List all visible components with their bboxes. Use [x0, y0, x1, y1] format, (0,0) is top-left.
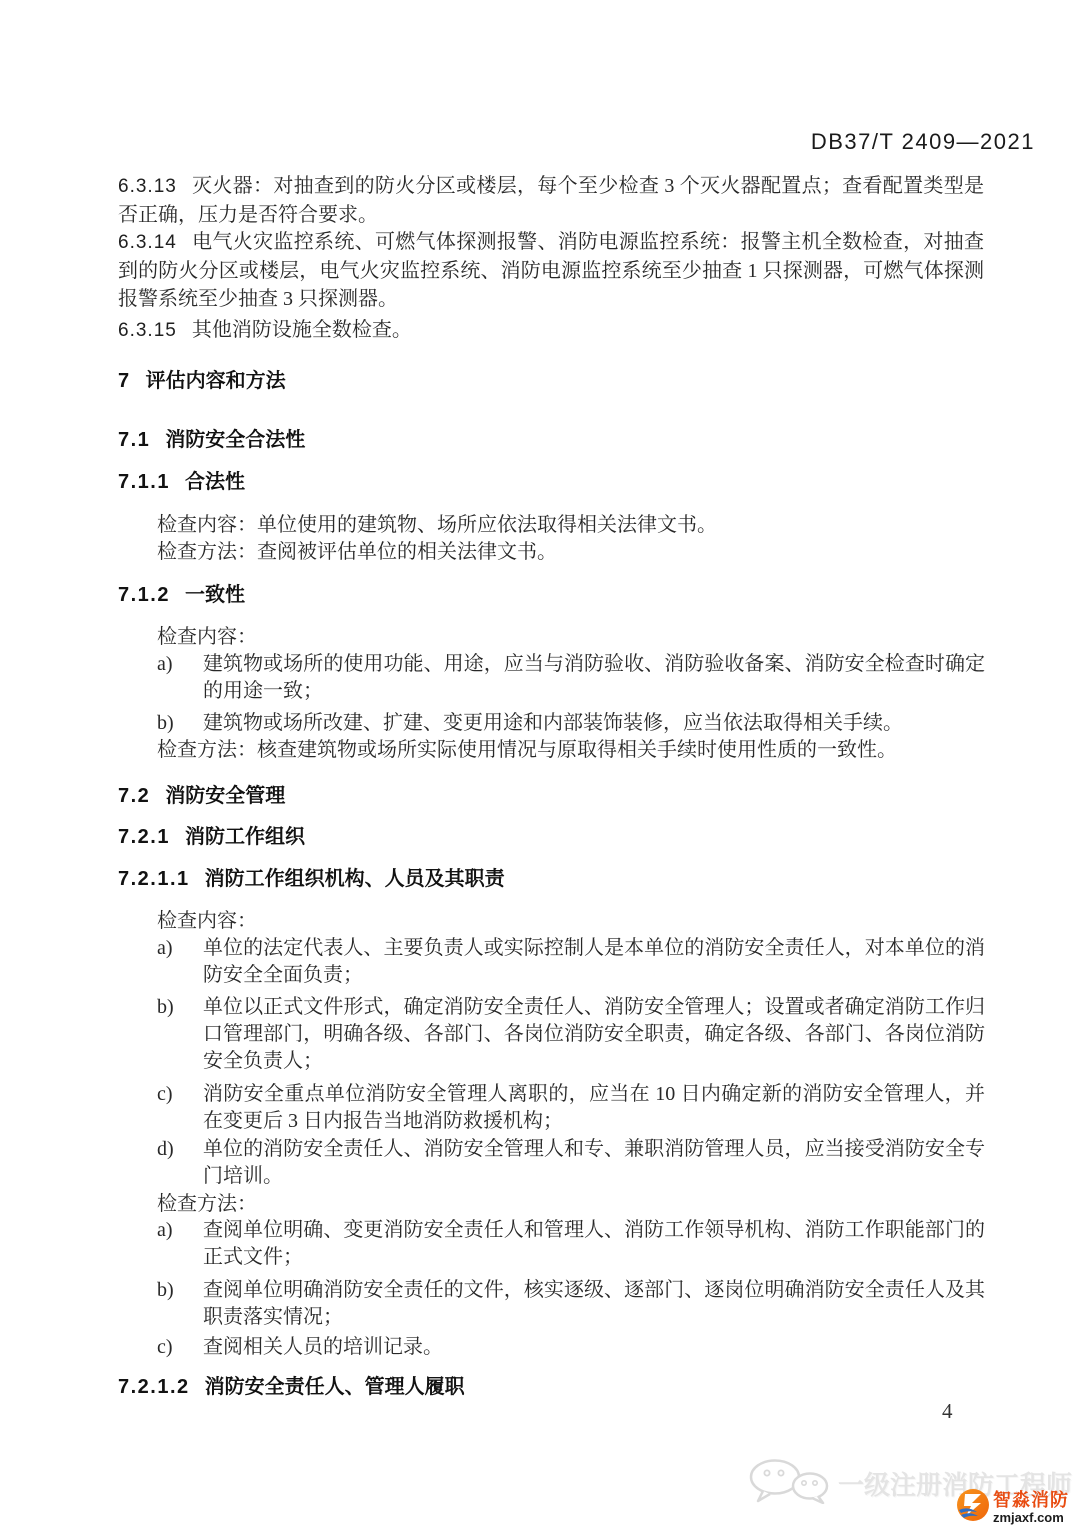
list-marker: a): [157, 651, 203, 705]
heading-title: 消防安全管理: [165, 785, 285, 807]
heading-number: 7.2.1.1: [118, 868, 190, 890]
heading-title: 消防工作组织: [185, 826, 305, 848]
check-content-label: 检查内容：: [157, 624, 985, 651]
zhimiao-logo-icon: [957, 1489, 989, 1526]
clause-number: 6.3.13: [118, 176, 177, 197]
heading-7: 7评估内容和方法: [118, 368, 984, 394]
list-text: 查阅单位明确、变更消防安全责任人和管理人、消防工作领导机构、消防工作职能部门的正…: [203, 1217, 985, 1271]
heading-7-2-1: 7.2.1消防工作组织: [118, 824, 984, 850]
clause-number: 6.3.15: [118, 320, 177, 341]
list-marker: c): [157, 1334, 203, 1361]
clause-text: 电气火灾监控系统、可燃气体探测报警、消防电源监控系统：报警主机全数检查，对抽查到…: [118, 231, 984, 310]
heading-7-1-2: 7.1.2一致性: [118, 582, 984, 608]
list-text: 查阅单位明确消防安全责任的文件，核实逐级、逐部门、逐岗位明确消防安全责任人及其职…: [203, 1277, 985, 1331]
list-item: a)单位的法定代表人、主要负责人或实际控制人是本单位的消防安全责任人，对本单位的…: [157, 935, 985, 989]
list-item: b)单位以正式文件形式，确定消防安全责任人、消防安全管理人；设置或者确定消防工作…: [157, 994, 985, 1075]
list-text: 单位以正式文件形式，确定消防安全责任人、消防安全管理人；设置或者确定消防工作归口…: [203, 994, 985, 1075]
list-marker: d): [157, 1136, 203, 1190]
heading-7-1-1: 7.1.1合法性: [118, 469, 984, 495]
list-text: 消防安全重点单位消防安全管理人离职的，应当在 10 日内确定新的消防安全管理人，…: [203, 1081, 985, 1135]
list-marker: c): [157, 1081, 203, 1135]
heading-title: 评估内容和方法: [146, 370, 286, 392]
check-method-label: 检查方法：: [157, 1191, 985, 1218]
heading-title: 一致性: [185, 584, 245, 606]
wechat-icon: [748, 1458, 830, 1509]
clause-number: 6.3.14: [118, 232, 177, 253]
list-marker: b): [157, 710, 203, 737]
list-text: 单位的消防安全责任人、消防安全管理人和专、兼职消防管理人员，应当接受消防安全专门…: [203, 1136, 985, 1190]
list-text: 建筑物或场所的使用功能、用途，应当与消防验收、消防验收备案、消防安全检查时确定的…: [203, 651, 985, 705]
list-marker: a): [157, 935, 203, 989]
clause-6-3-13: 6.3.13灭火器：对抽查到的防火分区或楼层，每个至少检查 3 个灭火器配置点；…: [118, 172, 984, 229]
clause-6-3-15: 6.3.15其他消防设施全数检查。: [118, 316, 984, 345]
heading-title: 消防安全责任人、管理人履职: [205, 1376, 465, 1398]
heading-title: 消防工作组织机构、人员及其职责: [205, 868, 505, 890]
heading-title: 消防安全合法性: [165, 429, 305, 451]
clause-6-3-14: 6.3.14电气火灾监控系统、可燃气体探测报警、消防电源监控系统：报警主机全数检…: [118, 228, 984, 313]
heading-7-2-1-1: 7.2.1.1消防工作组织机构、人员及其职责: [118, 866, 984, 892]
list-item: a)建筑物或场所的使用功能、用途，应当与消防验收、消防验收备案、消防安全检查时确…: [157, 651, 985, 705]
document-page: DB37/T 2409—2021 6.3.13灭火器：对抽查到的防火分区或楼层，…: [0, 0, 1080, 1528]
list-item: a)查阅单位明确、变更消防安全责任人和管理人、消防工作领导机构、消防工作职能部门…: [157, 1217, 985, 1271]
heading-number: 7.1.1: [118, 471, 170, 493]
heading-number: 7: [118, 370, 131, 392]
check-content-label: 检查内容：: [157, 908, 985, 935]
logo-brand-text: 智淼消防: [993, 1491, 1069, 1510]
check-method-paragraph: 检查方法：核查建筑物或场所实际使用情况与原取得相关手续时使用性质的一致性。: [157, 737, 985, 764]
list-item: c)消防安全重点单位消防安全管理人离职的，应当在 10 日内确定新的消防安全管理…: [157, 1081, 985, 1135]
list-text: 建筑物或场所改建、扩建、变更用途和内部装饰装修，应当依法取得相关手续。: [203, 710, 985, 737]
heading-number: 7.2.1.2: [118, 1376, 190, 1398]
list-marker: b): [157, 994, 203, 1075]
list-item: d)单位的消防安全责任人、消防安全管理人和专、兼职消防管理人员，应当接受消防安全…: [157, 1136, 985, 1190]
list-marker: a): [157, 1217, 203, 1271]
check-method-paragraph: 检查方法：查阅被评估单位的相关法律文书。: [157, 539, 985, 566]
list-item: c)查阅相关人员的培训记录。: [157, 1334, 985, 1361]
list-marker: b): [157, 1277, 203, 1331]
heading-number: 7.1: [118, 429, 150, 451]
clause-text: 其他消防设施全数检查。: [192, 319, 412, 341]
clause-text: 灭火器：对抽查到的防火分区或楼层，每个至少检查 3 个灭火器配置点；查看配置类型…: [118, 175, 984, 226]
list-item: b)建筑物或场所改建、扩建、变更用途和内部装饰装修，应当依法取得相关手续。: [157, 710, 985, 737]
heading-number: 7.1.2: [118, 584, 170, 606]
heading-7-2: 7.2消防安全管理: [118, 783, 984, 809]
logo-site-text: zmjaxf.com: [993, 1510, 1069, 1525]
list-text: 单位的法定代表人、主要负责人或实际控制人是本单位的消防安全责任人，对本单位的消防…: [203, 935, 985, 989]
list-item: b)查阅单位明确消防安全责任的文件，核实逐级、逐部门、逐岗位明确消防安全责任人及…: [157, 1277, 985, 1331]
doc-code: DB37/T 2409—2021: [811, 129, 1035, 155]
heading-number: 7.2: [118, 785, 150, 807]
list-text: 查阅相关人员的培训记录。: [203, 1334, 985, 1361]
check-content-paragraph: 检查内容：单位使用的建筑物、场所应依法取得相关法律文书。: [157, 512, 985, 539]
heading-number: 7.2.1: [118, 826, 170, 848]
heading-7-2-1-2: 7.2.1.2消防安全责任人、管理人履职: [118, 1374, 984, 1400]
heading-7-1: 7.1消防安全合法性: [118, 427, 984, 453]
page-number: 4: [942, 1399, 953, 1424]
zmjaxf-logo: 智淼消防 zmjaxf.com: [957, 1489, 1069, 1526]
heading-title: 合法性: [185, 471, 245, 493]
